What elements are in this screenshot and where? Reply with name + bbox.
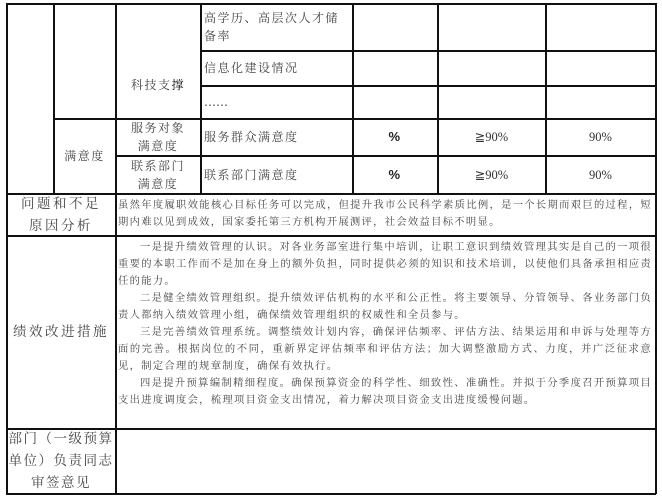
improvement-paragraph-1: 一是提升绩效管理的认识。对各业务部室进行集中培训，让职工意识到绩效管理其实是自己…: [118, 239, 652, 290]
improvements-text: 一是提升绩效管理的认识。对各业务部室进行集中培训，让职工意识到绩效管理其实是自己…: [118, 239, 652, 409]
indicator-text: 服务群众满意度: [204, 128, 299, 146]
improvement-paragraph-3: 三是完善绩效管理系统。调整绩效计划内容，确保评估频率、评估方法、结果运用和申诉与…: [118, 324, 652, 375]
improvements-label: 绩效改进措施: [7, 236, 115, 428]
performance-evaluation-form: 高学历、高层次人才储备率 科技支撑 信息化建设情况 …… 满意度 服务对象 满意…: [0, 0, 662, 498]
indicator-text: 联系部门满意度: [204, 166, 299, 184]
problems-label-line1: 问题和不足: [21, 193, 101, 215]
unit-cell: [353, 4, 437, 50]
target-cell: ≧90%: [438, 119, 545, 155]
improvement-paragraph-2: 二是健全绩效管理组织。提升绩效评估机构的水平和公正性。将主要领导、分管领导、各业…: [118, 290, 652, 324]
problems-paragraph: 虽然年度履职效能核心目标任务可以完成，但提升我市公民科学素质比例，是一个长期而艰…: [118, 197, 652, 231]
unit-cell: %: [353, 156, 437, 193]
tech-support-label-last-char: 撑: [172, 76, 186, 94]
improvement-paragraph-4: 四是提升预算编制精细程度。确保预算资金的科学性、细致性、准确性。并拟于分季度召开…: [118, 375, 652, 409]
sub-category-line1: 联系部门: [131, 157, 185, 175]
sub-category-department-satisfaction: 联系部门 满意度: [116, 156, 200, 193]
approval-label-line1: 部门（一级预算: [9, 428, 114, 450]
target-value: ≧90%: [475, 128, 508, 146]
indicator-text: 高学历、高层次人才储备率: [204, 9, 351, 45]
actual-cell: 90%: [546, 119, 655, 155]
unit-cell: %: [353, 119, 437, 155]
border-bottom: [6, 493, 656, 495]
tech-support-label: 科技支: [131, 76, 172, 94]
improvements-label-text: 绩效改进措施: [13, 321, 109, 343]
actual-value: 90%: [589, 128, 612, 146]
unit-value: %: [388, 128, 401, 146]
problems-label: 问题和不足 原因分析: [7, 194, 115, 235]
target-cell: [438, 4, 545, 50]
approval-content-field[interactable]: [116, 429, 655, 493]
problems-text: 虽然年度履职效能核心目标任务可以完成，但提升我市公民科学素质比例，是一个长期而艰…: [118, 197, 652, 231]
actual-cell: [546, 4, 655, 50]
sub-category-service-satisfaction: 服务对象 满意度: [116, 119, 200, 155]
indicator-department-satisfaction: 联系部门满意度: [201, 156, 351, 193]
unit-value: %: [388, 166, 401, 184]
indicator-text: 信息化建设情况: [204, 59, 299, 77]
indicator-public-satisfaction: 服务群众满意度: [201, 119, 351, 155]
satisfaction-label: 满意度: [64, 147, 105, 165]
border-right: [655, 3, 657, 494]
sub-category-line2: 满意度: [138, 137, 179, 155]
target-value: ≧90%: [475, 166, 508, 184]
actual-value: 90%: [589, 166, 612, 184]
actual-cell: 90%: [546, 156, 655, 193]
approval-label: 部门（一级预算 单位）负责同志 审签意见: [7, 429, 115, 493]
problems-label-line2: 原因分析: [29, 215, 93, 237]
approval-label-line3: 审签意见: [31, 472, 91, 494]
indicator-ellipsis: ……: [201, 86, 351, 118]
sub-category-line1: 服务对象: [131, 119, 185, 137]
indicator-informatization: 信息化建设情况: [201, 51, 351, 85]
approval-label-line2: 单位）负责同志: [9, 450, 114, 472]
target-cell: ≧90%: [438, 156, 545, 193]
indicator-text: ……: [204, 93, 228, 111]
sub-category-line2: 满意度: [138, 175, 179, 193]
category-satisfaction: 满意度: [54, 119, 115, 193]
indicator-talent-reserve: 高学历、高层次人才储备率: [201, 4, 351, 50]
sub-category-tech-support: 科技支撑: [116, 51, 200, 118]
